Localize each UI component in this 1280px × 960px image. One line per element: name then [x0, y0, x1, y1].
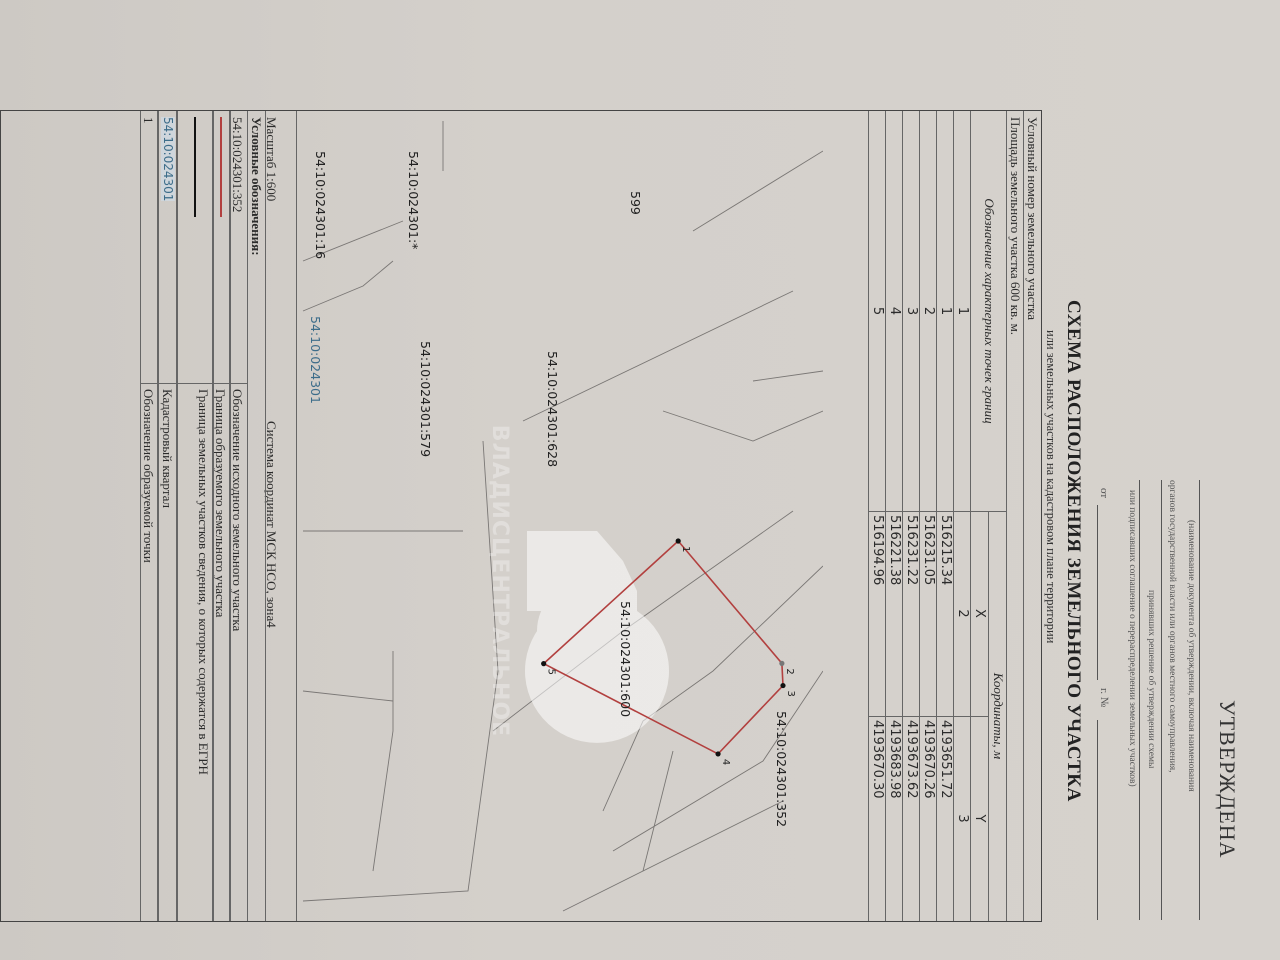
area-label: Площадь земельного участка 600 кв. м. — [1007, 117, 1023, 335]
conditional-number-row: Условный номер земельного участка — [1023, 111, 1041, 921]
x-value: 516221.38 — [886, 511, 903, 720]
approval-line-2 — [1161, 480, 1162, 920]
map-drawing: ВЛАДИСЦЕНТРАЛЬНОЕ 12345 — [298, 111, 823, 921]
col-number-2: 2 — [954, 511, 971, 716]
cadastral-map: ВЛАДИСЦЕНТРАЛЬНОЕ 12345 54:10:024301:352… — [298, 111, 823, 921]
boundary-point-label: 1 — [680, 546, 691, 552]
legend-row: 1Обозначение образуемой точки — [140, 111, 159, 921]
x-header: X — [971, 511, 989, 716]
approval-number-line — [1097, 720, 1098, 920]
approval-line-3 — [1139, 480, 1140, 920]
y-value: 4193670.30 — [869, 716, 886, 925]
point-header: Обозначение характерных точек границ — [971, 111, 1007, 511]
document-subtitle: или земельных участков на кадастровом пл… — [1043, 330, 1058, 643]
point-number: 1 — [937, 111, 954, 511]
label-cadastral-quarter: 54:10:024301 — [308, 316, 323, 404]
boundary-point-label: 3 — [785, 691, 796, 697]
y-value: 4193670.26 — [920, 716, 937, 925]
x-value: 516231.05 — [920, 511, 937, 720]
approval-caption-2: органов государственной власти или орган… — [1167, 480, 1177, 773]
legend-text: Кадастровый квартал — [159, 389, 175, 915]
approval-caption-1: (наименование документа об утверждении, … — [1186, 520, 1196, 792]
label-parcel-600: 54:10:024301:600 — [618, 601, 633, 717]
watermark-text: ВЛАДИСЦЕНТРАЛЬНОЕ — [487, 425, 512, 737]
col-number-1: 1 — [954, 111, 971, 511]
boundary-point-label: 4 — [720, 759, 731, 765]
coords-header: Координаты, м — [989, 511, 1007, 921]
point-number: 4 — [886, 111, 903, 511]
boundary-point-marker — [676, 538, 681, 543]
approval-number-label: г. № — [1098, 688, 1110, 707]
x-value: 516215.34 — [937, 511, 954, 720]
legend-text: Обозначение образуемой точки — [140, 389, 156, 915]
y-value: 4193683.98 — [886, 716, 903, 925]
schema-frame: Условный номер земельного участка Площад… — [0, 110, 1042, 922]
boundary-point-label: 2 — [784, 668, 795, 674]
label-parcel-16: 54:10:024301:16 — [313, 151, 328, 259]
legend-row: 54:10:024301:352Обозначение исходного зе… — [229, 111, 248, 921]
quarter-symbol: 54:10:024301 — [161, 117, 175, 201]
legend-symbol: 1 — [140, 117, 156, 124]
approval-caption-4: или подписавших соглашение о перераспред… — [1127, 490, 1137, 787]
approval-line-1 — [1199, 480, 1200, 920]
boundary-point-marker — [541, 661, 546, 666]
conditional-number-label: Условный номер земельного участка — [1024, 117, 1040, 320]
legend-row: Граница образуемого земельного участка — [212, 111, 231, 921]
label-parcel-579: 54:10:024301:579 — [418, 341, 433, 457]
legend-symbol: 54:10:024301:352 — [229, 117, 245, 212]
coords-header-row: Обозначение характерных точек границ Коо… — [970, 111, 1007, 921]
approval-caption-3: принявших решение об утверждении схемы — [1146, 590, 1156, 768]
document-title: СХЕМА РАСПОЛОЖЕНИЯ ЗЕМЕЛЬНОГО УЧАСТКА — [1062, 300, 1084, 802]
area-row: Площадь земельного участка 600 кв. м. — [1006, 111, 1024, 921]
legend-text: Обозначение исходного земельного участка — [229, 389, 245, 915]
approval-title: УТВЕРЖДЕНА — [1214, 700, 1240, 859]
label-parcel-partial: 54:10:024301:* — [406, 151, 421, 249]
point-number: 2 — [920, 111, 937, 511]
coords-table-row: 4516221.384193683.98 — [885, 111, 903, 921]
boundary-point-marker — [715, 751, 720, 756]
boundary-point-marker — [779, 661, 784, 666]
boundary-point-label: 5 — [546, 669, 557, 675]
label-parcel-628: 54:10:024301:628 — [545, 351, 560, 467]
point-number: 3 — [903, 111, 920, 511]
red-line-symbol — [220, 117, 222, 217]
legend-row: 54:10:024301Кадастровый квартал — [157, 111, 178, 921]
legend-title: Условные обозначения: — [248, 117, 264, 256]
coords-table-row: 1516215.344193651.72 — [936, 111, 954, 921]
coords-table-row: 3516231.224193673.62 — [902, 111, 920, 921]
document-page: УТВЕРЖДЕНА (наименование документа об ут… — [0, 0, 1280, 960]
y-value: 4193651.72 — [937, 716, 954, 925]
column-numbers-row: 1 2 3 — [953, 111, 971, 921]
x-value: 516231.22 — [903, 511, 920, 720]
black-line-symbol — [194, 117, 196, 217]
coords-table-row: 5516194.964193670.30 — [868, 111, 886, 921]
coords-table-row: 2516231.054193670.26 — [919, 111, 937, 921]
approval-date-line — [1097, 505, 1098, 680]
watermark-logo: ВЛАДИСЦЕНТРАЛЬНОЕ — [487, 425, 669, 743]
y-value: 4193673.62 — [903, 716, 920, 925]
point-number: 5 — [869, 111, 886, 511]
approval-date-prefix: от — [1098, 488, 1110, 498]
legend-row: Граница земельных участков сведения, о к… — [176, 111, 214, 921]
legend-text: Граница земельных участков сведения, о к… — [195, 389, 211, 915]
label-parcel-599: 599 — [628, 191, 643, 215]
legend-text: Граница образуемого земельного участка — [212, 389, 228, 915]
label-parcel-352: 54:10:024301:352 — [774, 711, 789, 827]
y-header: Y — [971, 716, 989, 921]
boundary-point-marker — [780, 683, 785, 688]
x-value: 516194.96 — [869, 511, 886, 720]
col-number-3: 3 — [954, 716, 971, 921]
